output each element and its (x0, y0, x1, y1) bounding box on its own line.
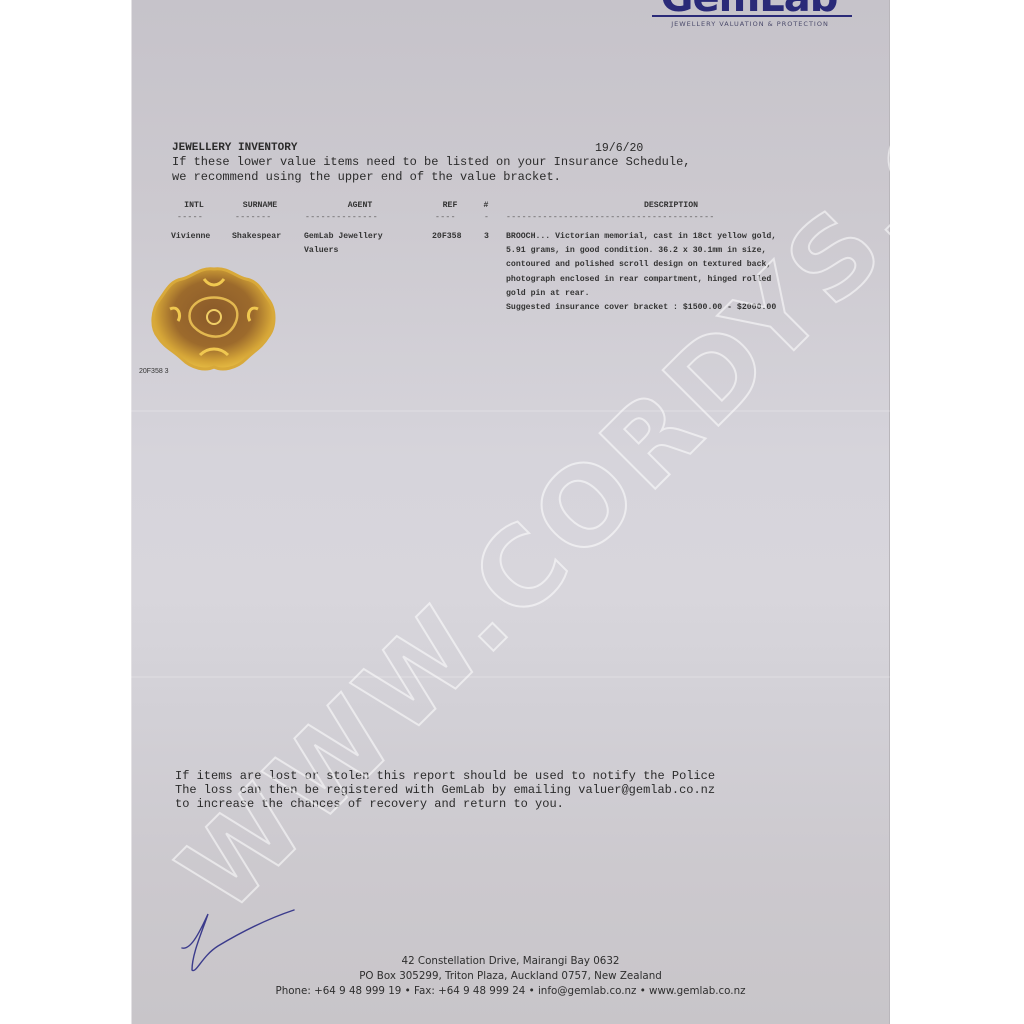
footer-address: 42 Constellation Drive, Mairangi Bay 063… (131, 955, 890, 967)
intro-text: If these lower value items need to be li… (172, 155, 690, 184)
notice-line: to increase the chances of recovery and … (175, 797, 564, 811)
column-separator: - (484, 213, 489, 222)
agent-line: GemLab Jewellery (304, 232, 383, 241)
description-line: contoured and polished scroll design on … (506, 260, 771, 269)
description-line: BROOCH... Victorian memorial, cast in 18… (506, 232, 776, 241)
intro-line: we recommend using the upper end of the … (172, 170, 561, 184)
column-separator: ---------------------------------------- (506, 213, 715, 222)
column-separator: ------- (235, 213, 272, 222)
column-separator: ----- (177, 213, 203, 222)
cell-agent: GemLab Jewellery Valuers (304, 230, 383, 258)
paper-fold-line (131, 410, 890, 412)
cell-intl: Vivienne (171, 230, 210, 244)
column-header-surname: SURNAME (230, 201, 290, 210)
intro-line: If these lower value items need to be li… (172, 155, 690, 169)
loss-notice: If items are lost or stolen this report … (175, 769, 715, 812)
notice-line: If items are lost or stolen this report … (175, 769, 715, 783)
handwritten-signature (178, 900, 298, 980)
column-header-agent: AGENT (302, 201, 418, 210)
column-header-intl: INTL (172, 201, 216, 210)
cell-ref: 20F358 (432, 230, 461, 244)
cell-number: 3 (484, 230, 489, 244)
footer-contact: Phone: +64 9 48 999 19 • Fax: +64 9 48 9… (131, 985, 890, 997)
column-header-description: DESCRIPTION (506, 201, 836, 210)
logo-tagline: JEWELLERY VALUATION & PROTECTION (640, 20, 860, 28)
cell-surname: Shakespear (232, 230, 281, 244)
paper-fold-line (131, 676, 890, 678)
footer-po-box: PO Box 305299, Triton Plaza, Auckland 07… (131, 970, 890, 982)
agent-line: Valuers (304, 246, 338, 255)
description-line: photograph enclosed in rear compartment,… (506, 275, 771, 284)
description-line: 5.91 grams, in good condition. 36.2 x 30… (506, 246, 766, 255)
column-separator: -------------- (305, 213, 378, 222)
description-line: gold pin at rear. (506, 289, 590, 298)
insurance-bracket-line: Suggested insurance cover bracket : $150… (506, 303, 776, 312)
logo-underline (652, 15, 852, 17)
column-header-ref: REF (432, 201, 468, 210)
photo-label: 20F358 3 (139, 368, 169, 375)
column-header-number: # (480, 201, 492, 210)
cell-description: BROOCH... Victorian memorial, cast in 18… (506, 230, 776, 315)
gold-brooch-photo (150, 265, 278, 373)
notice-line: The loss can then be registered with Gem… (175, 783, 715, 797)
column-separator: ---- (435, 213, 456, 222)
document-title: JEWELLERY INVENTORY (172, 142, 297, 154)
document-date: 19/6/20 (595, 142, 643, 155)
